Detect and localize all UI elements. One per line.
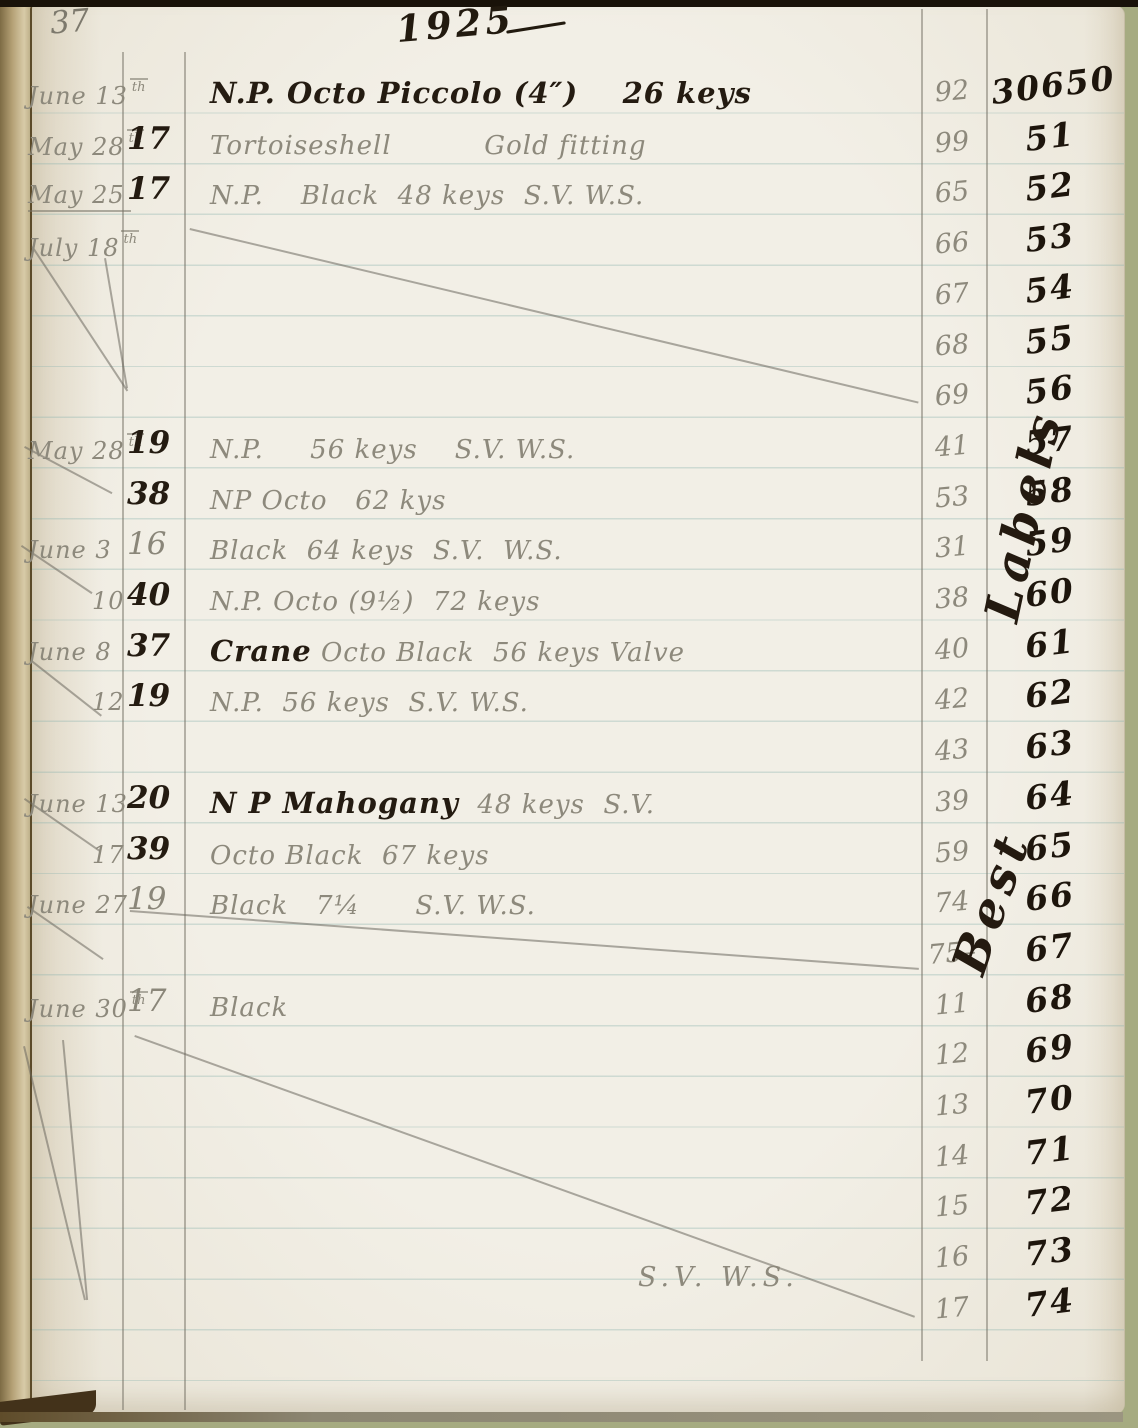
ledger-row: 69 56 [0, 372, 1138, 422]
ledger-row: June 8 37 Crane Octo Black 56 keys Valve… [0, 626, 1138, 676]
entry-qty: 17 [127, 121, 170, 157]
entry-qty: 17 [127, 171, 170, 207]
ledger-row: July 18th 66 53 [0, 220, 1138, 270]
entry-date-text: 17 [92, 841, 125, 869]
entry-description-pencil: Tortoiseshell Gold fitting [210, 131, 647, 161]
entry-description: N.P. 56 keys S.V. W.S. [210, 684, 529, 718]
entry-qty: 20 [127, 780, 170, 816]
entry-description: N.P. 56 keys S.V. W.S. [210, 431, 575, 465]
entry-count: 40 [920, 631, 984, 667]
entry-count: 67 [920, 276, 984, 312]
entry-qty: 16 [127, 526, 166, 562]
entry-count: 92 [920, 73, 984, 109]
entry-date-text: June 30 [28, 995, 128, 1023]
entry-date: June 13 [28, 790, 128, 818]
entry-description-pencil: N.P. 56 keys S.V. W.S. [210, 688, 529, 718]
ledger-row: 12 69 [0, 1031, 1138, 1081]
entry-date-text: May 28 [28, 437, 125, 465]
ledger-row: 67 54 [0, 271, 1138, 321]
entry-description-pencil: N.P. Octo (9½) 72 keys [210, 587, 540, 617]
entry-qty: 37 [127, 628, 170, 664]
entry-description-pencil: Black 64 keys S.V. W.S. [210, 536, 563, 566]
entry-date-text: June 13 [28, 790, 128, 818]
page-number: 37 [49, 2, 91, 41]
entry-count: 14 [920, 1138, 984, 1174]
ledger-row: May 25 17 N.P. Black 48 keys S.V. W.S. 6… [0, 169, 1138, 219]
entry-count: 17 [920, 1290, 984, 1326]
ledger-row: 13 70 [0, 1082, 1138, 1132]
entry-date-text: June 13 [28, 82, 128, 110]
entry-description-pencil: NP Octo 62 kys [210, 486, 446, 516]
entry-date-text: June 3 [28, 536, 112, 564]
entry-count: 65 [920, 174, 984, 210]
entry-description: Black 64 keys S.V. W.S. [210, 532, 563, 566]
entry-date-text: 12 [92, 688, 125, 716]
entry-date: 17 [92, 841, 125, 869]
entry-count: 13 [920, 1087, 984, 1123]
entry-qty: 40 [127, 577, 170, 613]
ledger-row: May 28th 19 N.P. 56 keys S.V. W.S. 41 57 [0, 423, 1138, 473]
entry-count: 11 [920, 986, 984, 1022]
ledger-row: 38 NP Octo 62 kys 53 58 [0, 474, 1138, 524]
entry-description: N P Mahogany 48 keys S.V. [210, 786, 655, 820]
entry-description-pencil: N.P. Black 48 keys S.V. W.S. [210, 181, 644, 211]
entry-description: Black 7¼ S.V. W.S. [210, 887, 536, 921]
ledger-row: June 30th 17 Black 11 68 [0, 981, 1138, 1031]
entry-date: 12 [92, 688, 125, 716]
entry-count: 69 [920, 377, 984, 413]
entry-description: N.P. Black 48 keys S.V. W.S. [210, 177, 644, 211]
entry-description: N.P. Octo Piccolo (4″) 26 keys [210, 76, 752, 110]
entry-description: N.P. Octo (9½) 72 keys [210, 583, 540, 617]
entry-description-ink: N.P. Octo Piccolo (4″) 26 keys [210, 76, 752, 110]
ledger-row: June 13th N.P. Octo Piccolo (4″) 26 keys… [0, 68, 1138, 118]
ledger-row: 17 74 [0, 1285, 1138, 1335]
entry-qty: 19 [127, 425, 170, 461]
entry-count: 43 [920, 732, 984, 768]
ledger-row: 12 19 N.P. 56 keys S.V. W.S. 42 62 [0, 676, 1138, 726]
entry-description: Black [210, 989, 288, 1023]
entry-date-suffix: th [130, 78, 148, 95]
ledger-row: 68 55 [0, 322, 1138, 372]
entry-count: 16 [920, 1239, 984, 1275]
entry-count: 31 [920, 529, 984, 565]
ledger-row: 17 39 Octo Black 67 keys 59 65 [0, 829, 1138, 879]
entry-description-pencil: Black [210, 993, 288, 1023]
entry-date: 10 [92, 587, 125, 615]
entry-qty: 39 [127, 831, 170, 867]
entry-count: 15 [920, 1188, 984, 1224]
entry-date-text: May 28 [28, 133, 125, 161]
ledger-row: 43 63 [0, 727, 1138, 777]
entry-description-ink: N P Mahogany [210, 786, 459, 820]
entry-count: 66 [920, 225, 984, 261]
entry-date: May 25 [28, 181, 131, 212]
entry-count: 99 [920, 124, 984, 160]
entry-count: 68 [920, 327, 984, 363]
entry-description: Tortoiseshell Gold fitting [210, 127, 647, 161]
entry-description-pencil: N.P. 56 keys S.V. W.S. [210, 435, 575, 465]
ledger-row: June 3 16 Black 64 keys S.V. W.S. 31 59 [0, 524, 1138, 574]
entry-date: June 27 [28, 891, 128, 919]
entry-date: June 3 [28, 536, 112, 564]
entry-description: Octo Black 67 keys [210, 837, 490, 871]
entry-qty: 19 [127, 678, 170, 714]
ledger-row: June 13 20 N P Mahogany 48 keys S.V. 39 … [0, 778, 1138, 828]
book-top-edge [0, 0, 1138, 7]
ledger-row: May 28th 17 Tortoiseshell Gold fitting 9… [0, 119, 1138, 169]
ledger-row: 14 71 [0, 1133, 1138, 1183]
entry-description-pencil: Octo Black 56 keys Valve [312, 638, 685, 668]
entry-date-text: 10 [92, 587, 125, 615]
ledger-row: 15 72 [0, 1183, 1138, 1233]
entry-qty: 17 [127, 983, 166, 1019]
entry-date: June 8 [28, 638, 112, 666]
entry-date-text: July 18 [28, 234, 119, 262]
entry-date: July 18th [28, 232, 139, 262]
entry-count: 12 [920, 1036, 984, 1072]
ledger-photo: 37 1925 June 13th N.P. Octo Piccolo (4″)… [0, 0, 1138, 1428]
entry-date-text: May 25 [28, 181, 125, 209]
entry-description-ink: Crane [210, 634, 312, 668]
entry-date-text: June 8 [28, 638, 112, 666]
entry-count: 42 [920, 681, 984, 717]
bottom-note: S.V. W.S. [638, 1262, 799, 1293]
entry-qty: 38 [127, 476, 170, 512]
entry-description-pencil: 48 keys S.V. [459, 790, 655, 820]
entry-count: 53 [920, 479, 984, 515]
entry-description: Crane Octo Black 56 keys Valve [210, 634, 685, 668]
entry-description-pencil: Black 7¼ S.V. W.S. [210, 891, 536, 921]
entry-qty: 19 [127, 881, 166, 917]
entry-date: June 13th [28, 80, 148, 110]
entry-date-text: June 27 [28, 891, 128, 919]
ledger-row: 16 73 [0, 1234, 1138, 1284]
entry-count: 39 [920, 783, 984, 819]
entry-date-suffix: th [121, 230, 139, 247]
entry-count: 41 [920, 428, 984, 464]
book-bottom-edge [0, 1412, 1123, 1422]
entry-description: NP Octo 62 kys [210, 482, 446, 516]
entry-description-pencil: Octo Black 67 keys [210, 841, 490, 871]
ledger-row: 10 40 N.P. Octo (9½) 72 keys 38 60 [0, 575, 1138, 625]
